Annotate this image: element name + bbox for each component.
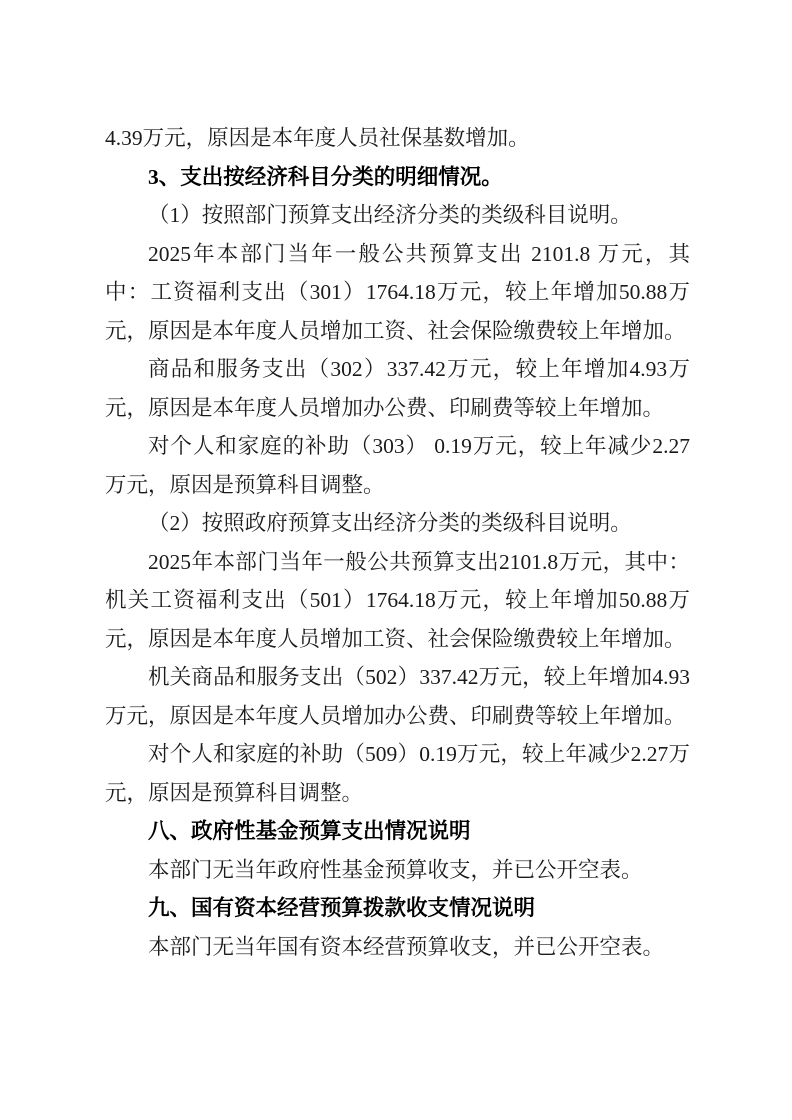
paragraph: 对个人和家庭的补助（303） 0.19万元，较上年减少2.27万元，原因是预算科… [105, 427, 690, 504]
section-heading: 九、国有资本经营预算拨款收支情况说明 [105, 889, 690, 928]
document-content: 4.39万元，原因是本年度人员社保基数增加。3、支出按经济科目分类的明细情况。（… [105, 119, 690, 966]
document-page: 4.39万元，原因是本年度人员社保基数增加。3、支出按经济科目分类的明细情况。（… [0, 0, 792, 1120]
section-heading: 3、支出按经济科目分类的明细情况。 [105, 158, 690, 197]
paragraph: 对个人和家庭的补助（509）0.19万元，较上年减少2.27万元，原因是预算科目… [105, 735, 690, 812]
paragraph: 商品和服务支出（302）337.42万元，较上年增加4.93万元，原因是本年度人… [105, 350, 690, 427]
paragraph: 本部门无当年政府性基金预算收支，并已公开空表。 [105, 851, 690, 890]
paragraph: （2）按照政府预算支出经济分类的类级科目说明。 [105, 504, 690, 543]
paragraph: 本部门无当年国有资本经营预算收支，并已公开空表。 [105, 928, 690, 967]
paragraph: （1）按照部门预算支出经济分类的类级科目说明。 [105, 196, 690, 235]
section-heading: 八、政府性基金预算支出情况说明 [105, 812, 690, 851]
paragraph: 机关商品和服务支出（502）337.42万元，较上年增加4.93万元，原因是本年… [105, 658, 690, 735]
paragraph: 2025年本部门当年一般公共预算支出2101.8万元，其中：机关工资福利支出（5… [105, 543, 690, 659]
paragraph: 4.39万元，原因是本年度人员社保基数增加。 [105, 119, 690, 158]
paragraph: 2025年本部门当年一般公共预算支出 2101.8 万元，其中：工资福利支出（3… [105, 235, 690, 351]
